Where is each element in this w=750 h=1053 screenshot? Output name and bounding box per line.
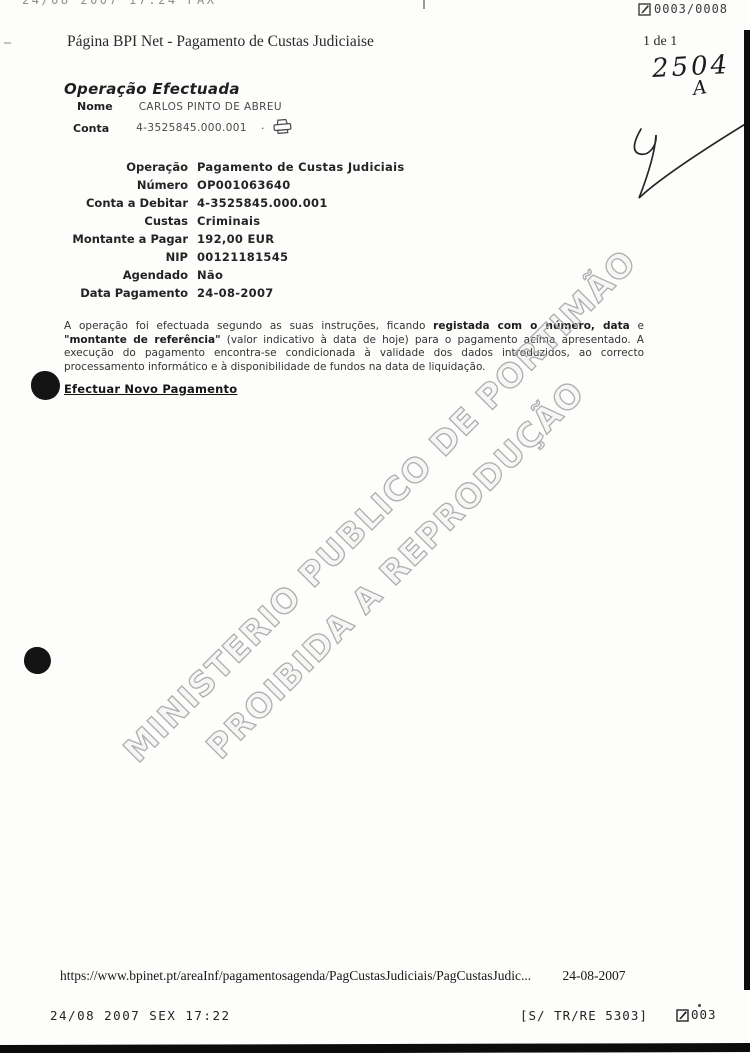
row-value: 192,00 EUR bbox=[197, 232, 274, 246]
row-value: OP001063640 bbox=[197, 178, 291, 192]
fax-footer-code: [S/ TR/RE 5303] bbox=[520, 1008, 648, 1023]
row-value: 24-08-2007 bbox=[197, 286, 274, 300]
footer-date: 24-08-2007 bbox=[563, 968, 626, 983]
confirmation-disclaimer: A operação foi efectuada segundo as suas… bbox=[64, 320, 644, 374]
name-row: Nome CARLOS PINTO DE ABREU bbox=[77, 100, 282, 113]
scan-edge-bar bbox=[744, 30, 750, 990]
disclaimer-bold: "montante de referência" bbox=[64, 334, 221, 346]
hole-punch-mark bbox=[31, 371, 60, 400]
row-value: Criminais bbox=[197, 214, 260, 228]
row-label: Data Pagamento bbox=[60, 286, 188, 300]
disclaimer-text: A operação foi efectuada segundo as suas… bbox=[64, 320, 433, 332]
row-label: Número bbox=[60, 178, 188, 192]
row-label: Conta a Debitar bbox=[60, 196, 188, 210]
table-row: Custas Criminais bbox=[60, 214, 405, 232]
operation-details-table: Operação Pagamento de Custas Judiciais N… bbox=[60, 160, 405, 304]
account-label: Conta bbox=[73, 122, 109, 135]
account-row: Conta 4-3525845.000.001 · bbox=[73, 117, 293, 139]
table-row: Conta a Debitar 4-3525845.000.001 bbox=[60, 196, 405, 214]
footer-url: https://www.bpinet.pt/areaInf/pagamentos… bbox=[60, 968, 531, 983]
name-value: CARLOS PINTO DE ABREU bbox=[139, 101, 282, 113]
separator-dot: · bbox=[261, 122, 265, 135]
print-footer: https://www.bpinet.pt/areaInf/pagamentos… bbox=[60, 968, 626, 984]
pencil-in-box-icon bbox=[676, 1008, 690, 1022]
table-row: Data Pagamento 24-08-2007 bbox=[60, 286, 405, 304]
row-value: Pagamento de Custas Judiciais bbox=[197, 160, 405, 174]
new-payment-link[interactable]: Efectuar Novo Pagamento bbox=[64, 382, 237, 396]
row-value: Não bbox=[197, 268, 223, 282]
hole-punch-mark bbox=[21, 644, 53, 676]
table-row: Agendado Não bbox=[60, 268, 405, 286]
fax-footer-page: 003 bbox=[676, 1007, 717, 1022]
fax-document-page: 24/08 2007 17:24 FAX 0003/0008 Página BP… bbox=[0, 0, 750, 1053]
row-value: 00121181545 bbox=[197, 250, 288, 264]
operation-heading: Operação Efectuada bbox=[64, 80, 240, 98]
row-label: NIP bbox=[60, 250, 188, 264]
row-label: Custas bbox=[60, 214, 188, 228]
printer-icon[interactable] bbox=[272, 116, 295, 140]
fax-footer-timestamp: 24/08 2007 SEX 17:22 bbox=[50, 1008, 231, 1023]
row-label: Agendado bbox=[60, 268, 188, 282]
table-row: NIP 00121181545 bbox=[60, 250, 405, 268]
row-value: 4-3525845.000.001 bbox=[197, 196, 328, 210]
name-label: Nome bbox=[77, 100, 113, 113]
scan-bottom-band bbox=[0, 1043, 750, 1053]
table-row: Operação Pagamento de Custas Judiciais bbox=[60, 160, 405, 178]
disclaimer-text: e bbox=[630, 320, 644, 332]
watermark-line2: PROIBIDA A REPRODUÇÃO bbox=[150, 324, 642, 816]
row-label: Operação bbox=[60, 160, 188, 174]
fax-footer-page-text: 003 bbox=[691, 1007, 717, 1022]
account-value: 4-3525845.000.001 bbox=[136, 122, 247, 134]
row-label: Montante a Pagar bbox=[60, 232, 188, 246]
table-row: Montante a Pagar 192,00 EUR bbox=[60, 232, 405, 250]
table-row: Número OP001063640 bbox=[60, 178, 405, 196]
disclaimer-bold: registada com o número, data bbox=[433, 320, 630, 332]
